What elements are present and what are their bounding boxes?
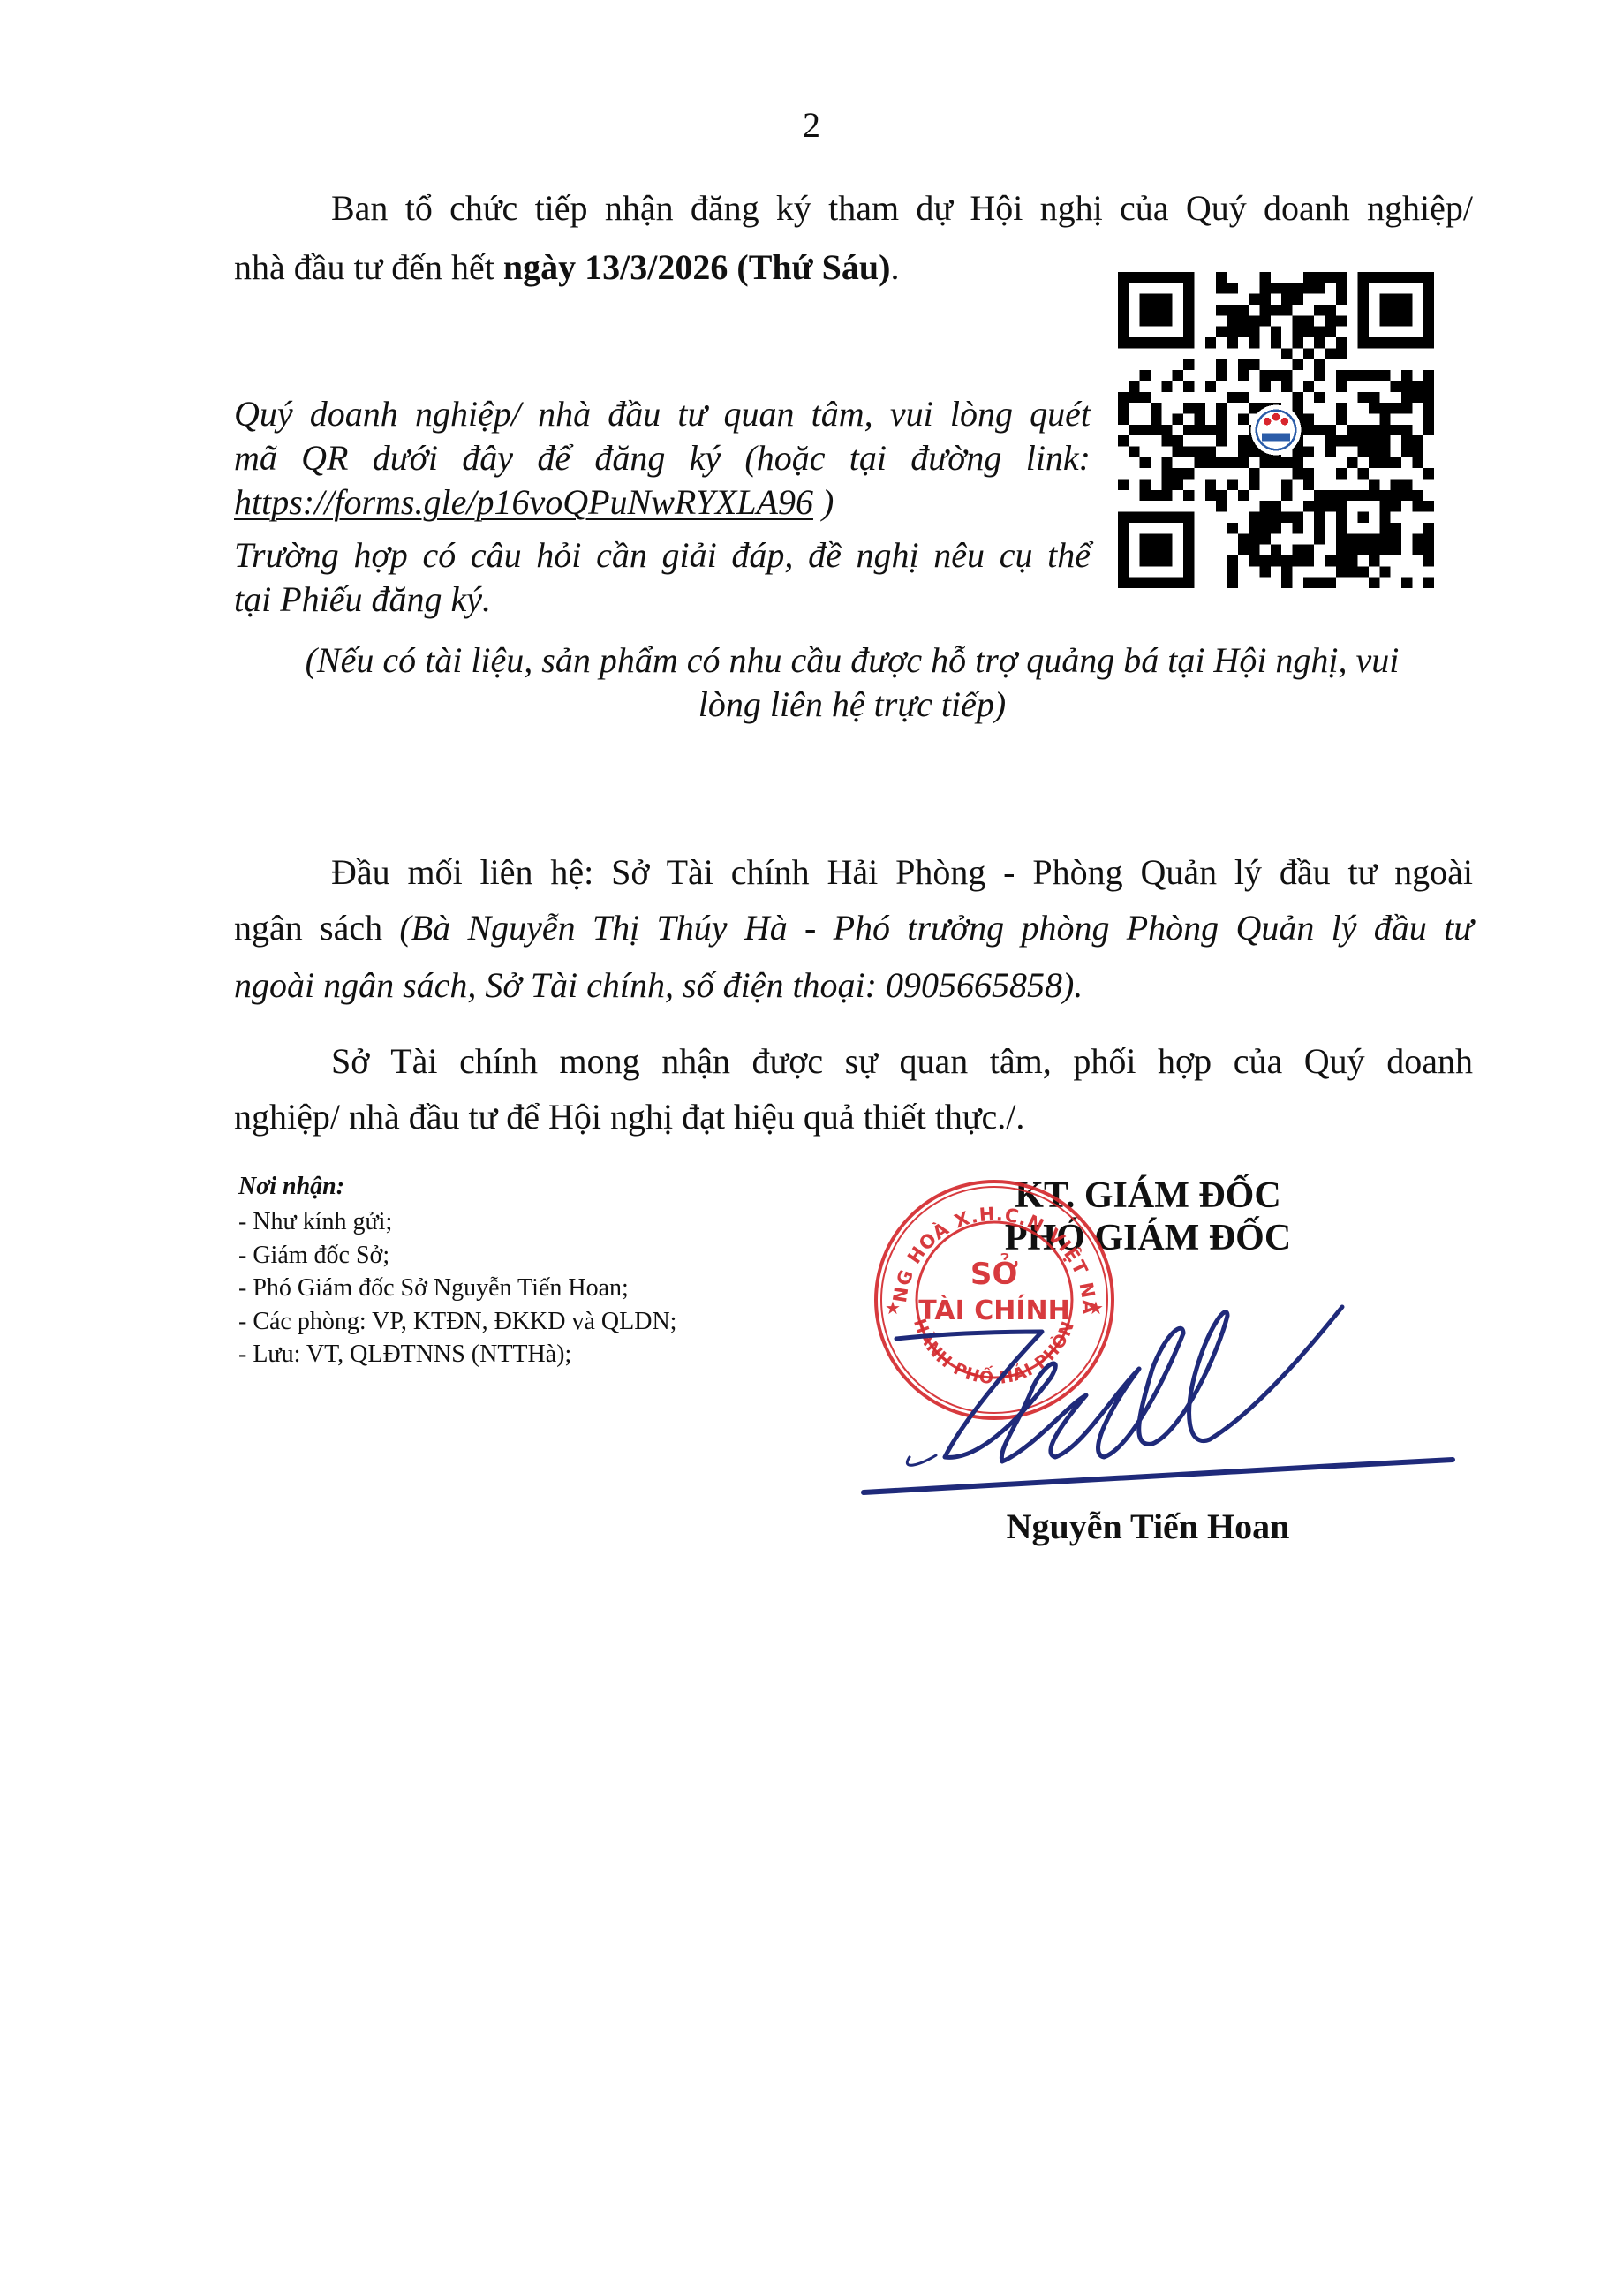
recipient-item: - Giám đốc Sở; — [238, 1243, 389, 1268]
signature-stroke-icon — [848, 1272, 1466, 1519]
note-line-1: (Nếu có tài liệu, sản phẩm có nhu cầu đư… — [0, 643, 1623, 678]
registration-line-2-prefix: nhà đầu tư đến hết — [234, 247, 503, 287]
recipient-item: - Lưu: VT, QLĐTNNS (NTTHà); — [238, 1342, 571, 1367]
recipient-item: - Phó Giám đốc Sở Nguyễn Tiến Hoan; — [238, 1276, 629, 1301]
qr-code-icon — [1118, 272, 1434, 588]
contact-line-1: Đầu mối liên hệ: Sở Tài chính Hải Phòng … — [331, 855, 1473, 890]
recipient-item: - Như kính gửi; — [238, 1210, 392, 1235]
closing-line-1: Sở Tài chính mong nhận được sự quan tâm,… — [331, 1044, 1473, 1079]
closing-line-2: nghiệp/ nhà đầu tư để Hội nghị đạt hiệu … — [234, 1099, 1024, 1135]
qr-instruction-line-2: mã QR dưới đây để đăng ký (hoặc tại đườn… — [234, 441, 1091, 476]
contact-line-2-normal: ngân sách — [234, 908, 399, 948]
contact-line-3: ngoài ngân sách, Sở Tài chính, số điện t… — [234, 968, 1083, 1003]
qr-code[interactable] — [1118, 272, 1434, 588]
contact-person: (Bà Nguyễn Thị Thúy Hà - Phó trưởng phòn… — [399, 908, 1473, 948]
contact-line-2: ngân sách (Bà Nguyễn Thị Thúy Hà - Phó t… — [234, 910, 1473, 946]
registration-form-link[interactable]: https://forms.gle/p16voQPuNwRYXLA96 — [234, 482, 813, 522]
registration-line-1: Ban tổ chức tiếp nhận đăng ký tham dự Hộ… — [331, 191, 1473, 226]
registration-deadline: ngày 13/3/2026 (Thứ Sáu) — [503, 247, 891, 287]
link-suffix: ) — [813, 482, 834, 522]
qr-instruction-line-1: Quý doanh nghiệp/ nhà đầu tư quan tâm, v… — [234, 397, 1091, 432]
recipients-title: Nơi nhận: — [238, 1174, 344, 1199]
signer-name: Nguyễn Tiến Hoan — [927, 1506, 1369, 1547]
qr-instruction-line-3: https://forms.gle/p16voQPuNwRYXLA96 ) — [234, 485, 834, 520]
handwritten-signature — [848, 1272, 1466, 1519]
recipient-item: - Các phòng: VP, KTĐN, ĐKKD và QLDN; — [238, 1310, 676, 1334]
question-line-2: tại Phiếu đăng ký. — [234, 582, 491, 617]
question-line-1: Trường hợp có câu hỏi cần giải đáp, đề n… — [234, 538, 1091, 573]
note-line-2: lòng liên hệ trực tiếp) — [0, 687, 1623, 722]
registration-line-2: nhà đầu tư đến hết ngày 13/3/2026 (Thứ S… — [234, 250, 899, 285]
page-number: 2 — [0, 104, 1623, 146]
registration-line-2-suffix: . — [890, 247, 899, 287]
